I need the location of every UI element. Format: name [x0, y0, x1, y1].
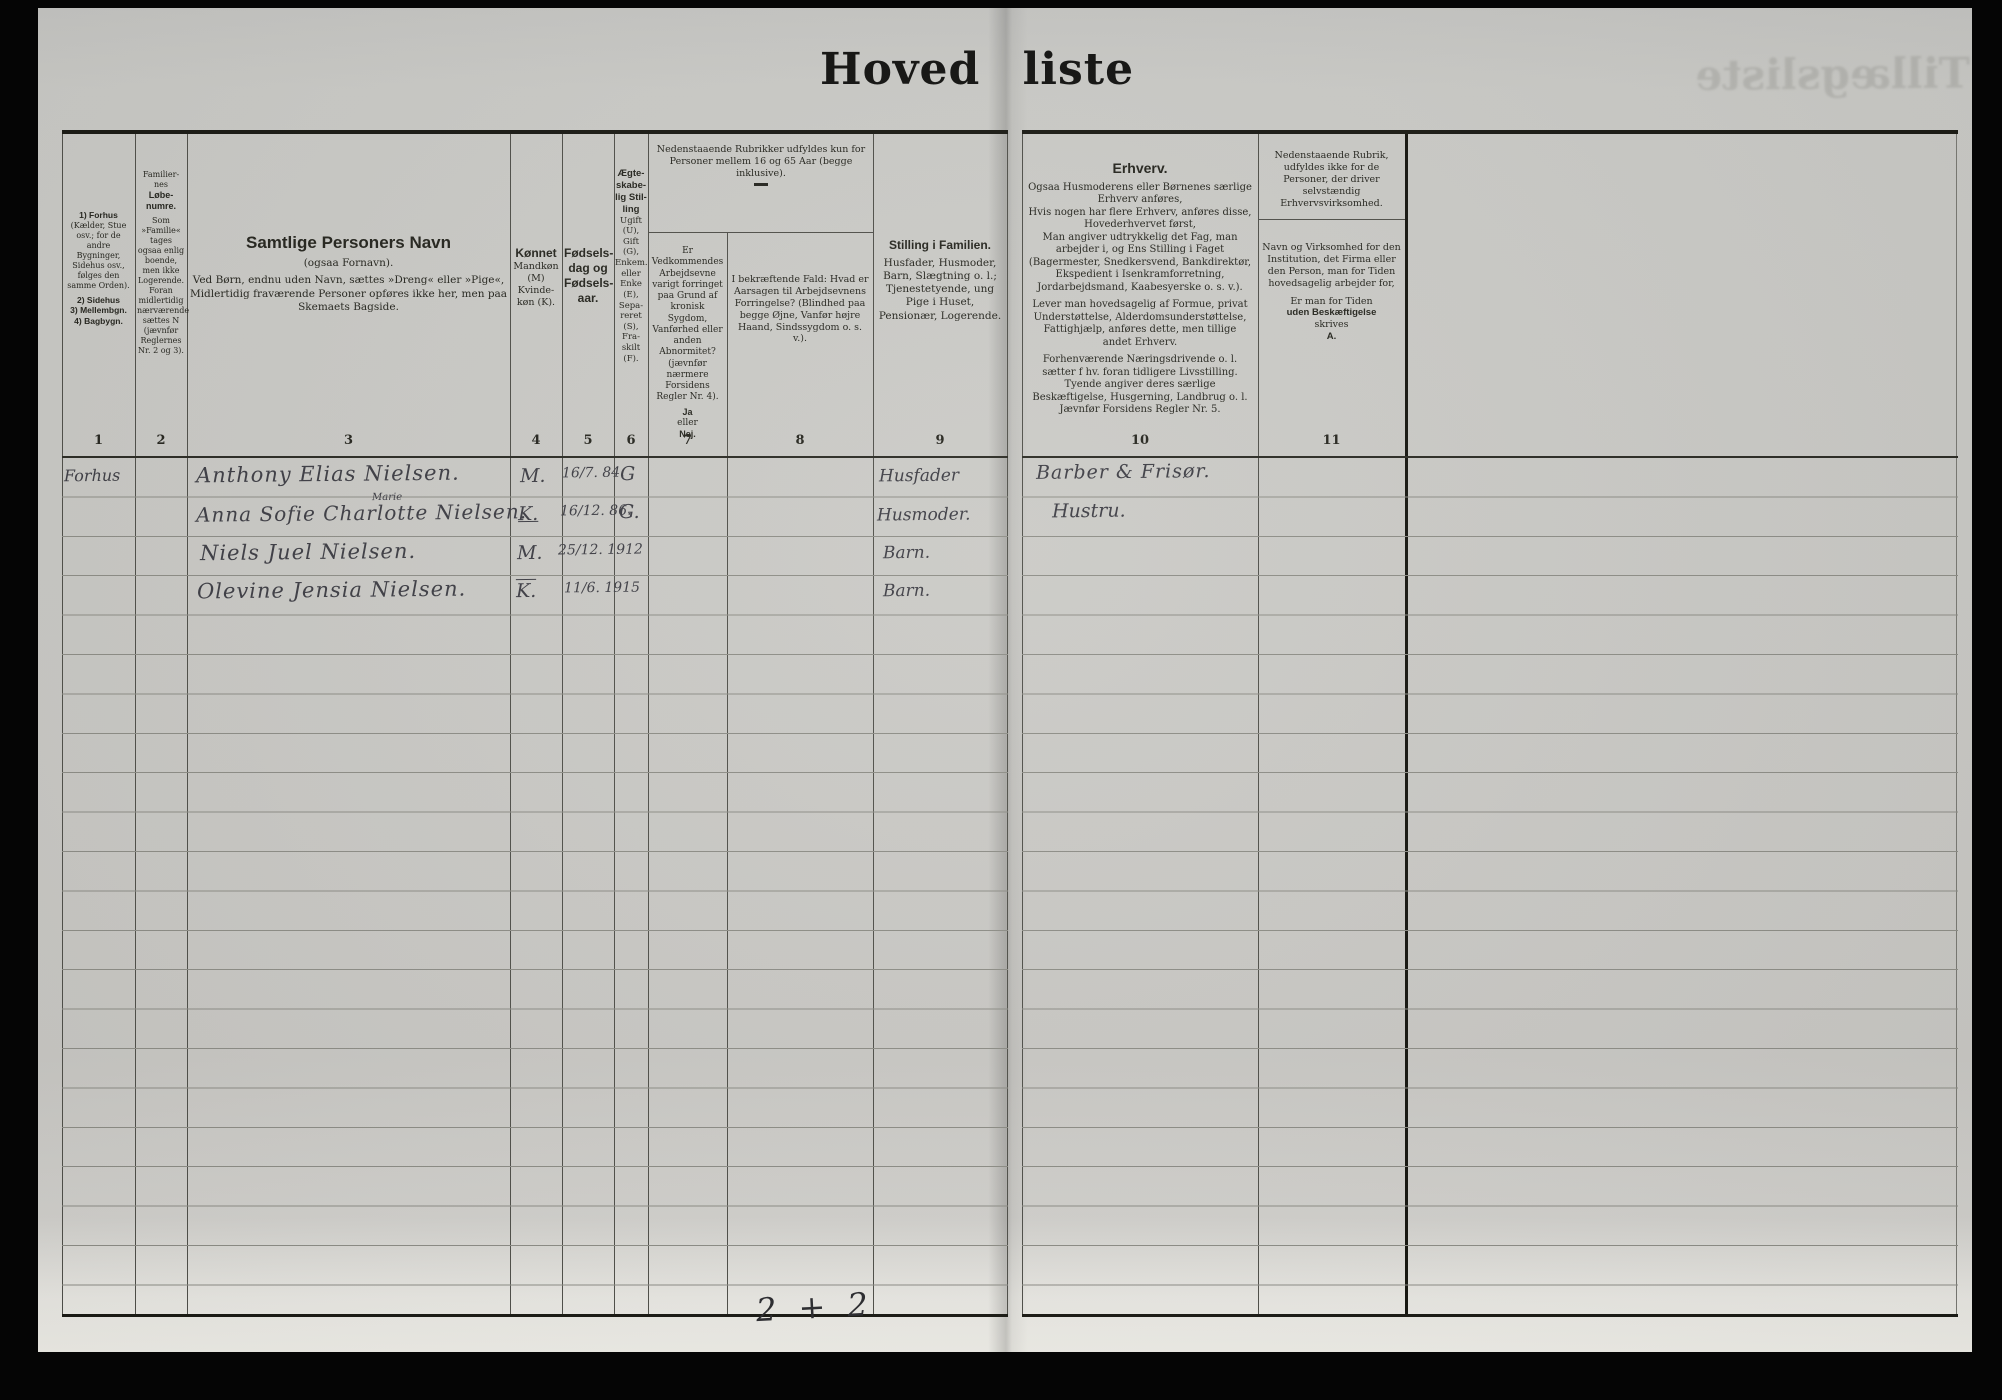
col-number-1: 1: [62, 426, 135, 456]
header-occupation-p1: Ogsaa Husmoderens eller Børnenes særlige…: [1028, 182, 1252, 207]
header-family-number: Familier-nes Løbe-numre. Som »Familie« t…: [137, 170, 185, 356]
entry-1-sex: M.: [520, 465, 546, 487]
header-building-item3: 3) Mellembgn.: [64, 305, 133, 316]
data-row-lines: [1022, 458, 1958, 1286]
header-sex-title: Kønnet: [512, 246, 560, 261]
header-employer-p3: uden Beskæftigelse: [1262, 307, 1401, 319]
header-family-position-title: Stilling i Familien.: [876, 238, 1004, 253]
header-family-number-line1: Familier-nes: [137, 170, 185, 190]
scanned-census-spread: Hoved liste Tillægsliste 1) Forhus (Kæld…: [0, 0, 2002, 1400]
header-building-item2: 2) Sidehus: [64, 295, 133, 306]
header-work-ability-body: Er Vedkommendes Arbejdsevne varigt forri…: [650, 246, 725, 404]
header-occupation-p3: Man angiver udtrykkelig det Fag, man arb…: [1028, 232, 1252, 295]
header-employer: Navn og Virksomhed for den Institution, …: [1262, 242, 1401, 343]
header-employer-p2: Er man for Tiden: [1262, 296, 1401, 308]
header-names-title: Samtlige Personers Navn: [189, 232, 508, 253]
col-number-11: 11: [1258, 426, 1405, 456]
entry-2-marital: G.: [619, 501, 640, 523]
bleedthrough-text: Tillægsliste: [1630, 49, 1970, 101]
header-work-cause: I bekræftende Fald: Hvad er Aarsagen til…: [730, 274, 870, 345]
header-marital: Ægte-skabe-lig Stil-ling Ugift (U), Gift…: [615, 168, 647, 364]
entry-1-birthdate: 16/7. 84.: [562, 465, 625, 482]
header-marital-title: Ægte-skabe-lig Stil-ling: [615, 168, 647, 216]
col-number-8: 8: [727, 426, 873, 456]
header-family-number-body: Som »Familie« tages ogsaa enlig boende, …: [137, 216, 185, 356]
header-names: Samtlige Personers Navn (ogsaa Fornavn).…: [189, 232, 508, 314]
entry-3-family-position: Barn.: [883, 543, 930, 563]
entry-4-name: Olevine Jensia Nielsen.: [197, 577, 467, 604]
header-employer-p1: Navn og Virksomhed for den Institution, …: [1262, 242, 1401, 290]
entry-2-name: Anna Sofie Charlotte Nielsen.: [196, 499, 527, 526]
banner-dash: [754, 183, 768, 186]
header-family-number-line2: Løbe-numre.: [137, 190, 185, 213]
entry-2-sex: K.: [518, 503, 538, 525]
entry-1-marital: G: [620, 463, 635, 485]
col-number-5: 5: [562, 426, 614, 456]
entry-1-family-position: Husfader: [879, 466, 959, 487]
entry-3-name: Niels Juel Nielsen.: [200, 539, 416, 565]
header-occupation-p4: Lever man hovedsagelig af Formue, privat…: [1028, 299, 1252, 349]
header-building-item1: 1) Forhus: [64, 210, 133, 221]
entry-1-name: Anthony Elias Nielsen.: [196, 461, 460, 488]
header-work-cause-body: I bekræftende Fald: Hvad er Aarsagen til…: [730, 274, 870, 345]
entry-3-sex: M.: [517, 542, 543, 564]
entry-2-name-insert: Marie: [372, 492, 402, 503]
col-number-2: 2: [135, 426, 187, 456]
header-family-position-body: Husfader, Husmoder, Barn, Slægtning o. l…: [876, 257, 1004, 323]
header-age-banner-text: Nedenstaaende Rubrikker udfyldes kun for…: [652, 144, 870, 180]
col-number-9: 9: [873, 426, 1007, 456]
header-sex-body: Mandkøn (M) Kvinde-køn (K).: [512, 261, 560, 309]
header-occupation-p2: Hvis nogen har flere Erhverv, anføres di…: [1028, 207, 1252, 232]
tally-note: 2 + 2: [755, 1285, 875, 1329]
table-bottom-rule: [1022, 1314, 1958, 1317]
header-occupation-p7: Jævnfør Forsidens Regler Nr. 5.: [1028, 404, 1252, 417]
header-work-ability: Er Vedkommendes Arbejdsevne varigt forri…: [650, 246, 725, 440]
header-building-item4: 4) Bagbygn.: [64, 316, 133, 327]
header-employer-p5: A.: [1262, 331, 1401, 343]
header-age-banner: Nedenstaaende Rubrikker udfyldes kun for…: [652, 144, 870, 186]
col-number-7: 7: [648, 426, 727, 456]
entry-2-family-position: Husmoder.: [877, 505, 971, 526]
entry-1-dwelling: Forhus: [64, 466, 121, 486]
col-number-6: 6: [614, 426, 648, 456]
page-title: Hoved liste: [820, 44, 1134, 95]
header-names-note2: Midlertidig fraværende Personer opføres …: [189, 288, 508, 314]
header-employer-p4: skrives: [1262, 319, 1401, 331]
header-occupation: Erhverv. Ogsaa Husmoderens eller Børnene…: [1028, 160, 1252, 417]
left-table: 1) Forhus (Kælder, Stue osv.; for de and…: [62, 130, 1008, 1313]
entry-4-sex: K.: [516, 580, 536, 602]
header-birthdate-body: Fødsels-dag og Fødsels-aar.: [564, 246, 612, 306]
header-names-sub: (ogsaa Fornavn).: [189, 257, 508, 270]
header-building-note: (Kælder, Stue osv.; for de andre Bygning…: [64, 221, 133, 291]
banner-underline: [648, 232, 873, 233]
header-employer-note: Nedenstaaende Rubrik, udfyldes ikke for …: [1262, 150, 1401, 209]
header-building: 1) Forhus (Kælder, Stue osv.; for de and…: [64, 210, 133, 327]
entry-4-family-position: Barn.: [883, 581, 930, 601]
header-sex: Kønnet Mandkøn (M) Kvinde-køn (K).: [512, 246, 560, 309]
col-number-10: 10: [1022, 426, 1258, 456]
col11-divider: [1258, 219, 1405, 220]
header-work-ability-ja: Ja: [650, 407, 725, 418]
header-family-position: Stilling i Familien. Husfader, Husmoder,…: [876, 238, 1004, 323]
col-number-3: 3: [187, 426, 510, 456]
entry-4-birthdate: 11/6. 1915: [564, 580, 640, 597]
header-marital-body: Ugift (U), Gift (G), Enkem. eller Enke (…: [615, 216, 647, 365]
header-occupation-title: Erhverv.: [1028, 160, 1252, 178]
right-table: Erhverv. Ogsaa Husmoderens eller Børnene…: [1022, 130, 1958, 1313]
entry-2-occupation: Hustru.: [1052, 500, 1126, 523]
col-number-4: 4: [510, 426, 562, 456]
header-employer-note-text: Nedenstaaende Rubrik, udfyldes ikke for …: [1262, 150, 1401, 209]
header-occupation-p5: Forhenværende Næringsdrivende o. l. sætt…: [1028, 354, 1252, 379]
header-occupation-p6: Tyende angiver deres særlige Beskæftigel…: [1028, 379, 1252, 404]
entry-1-occupation: Barber & Frisør.: [1036, 460, 1211, 484]
header-names-note1: Ved Børn, endnu uden Navn, sættes »Dreng…: [189, 274, 508, 287]
header-birthdate: Fødsels-dag og Fødsels-aar.: [564, 246, 612, 306]
entry-3-birthdate: 25/12. 1912: [558, 542, 643, 559]
